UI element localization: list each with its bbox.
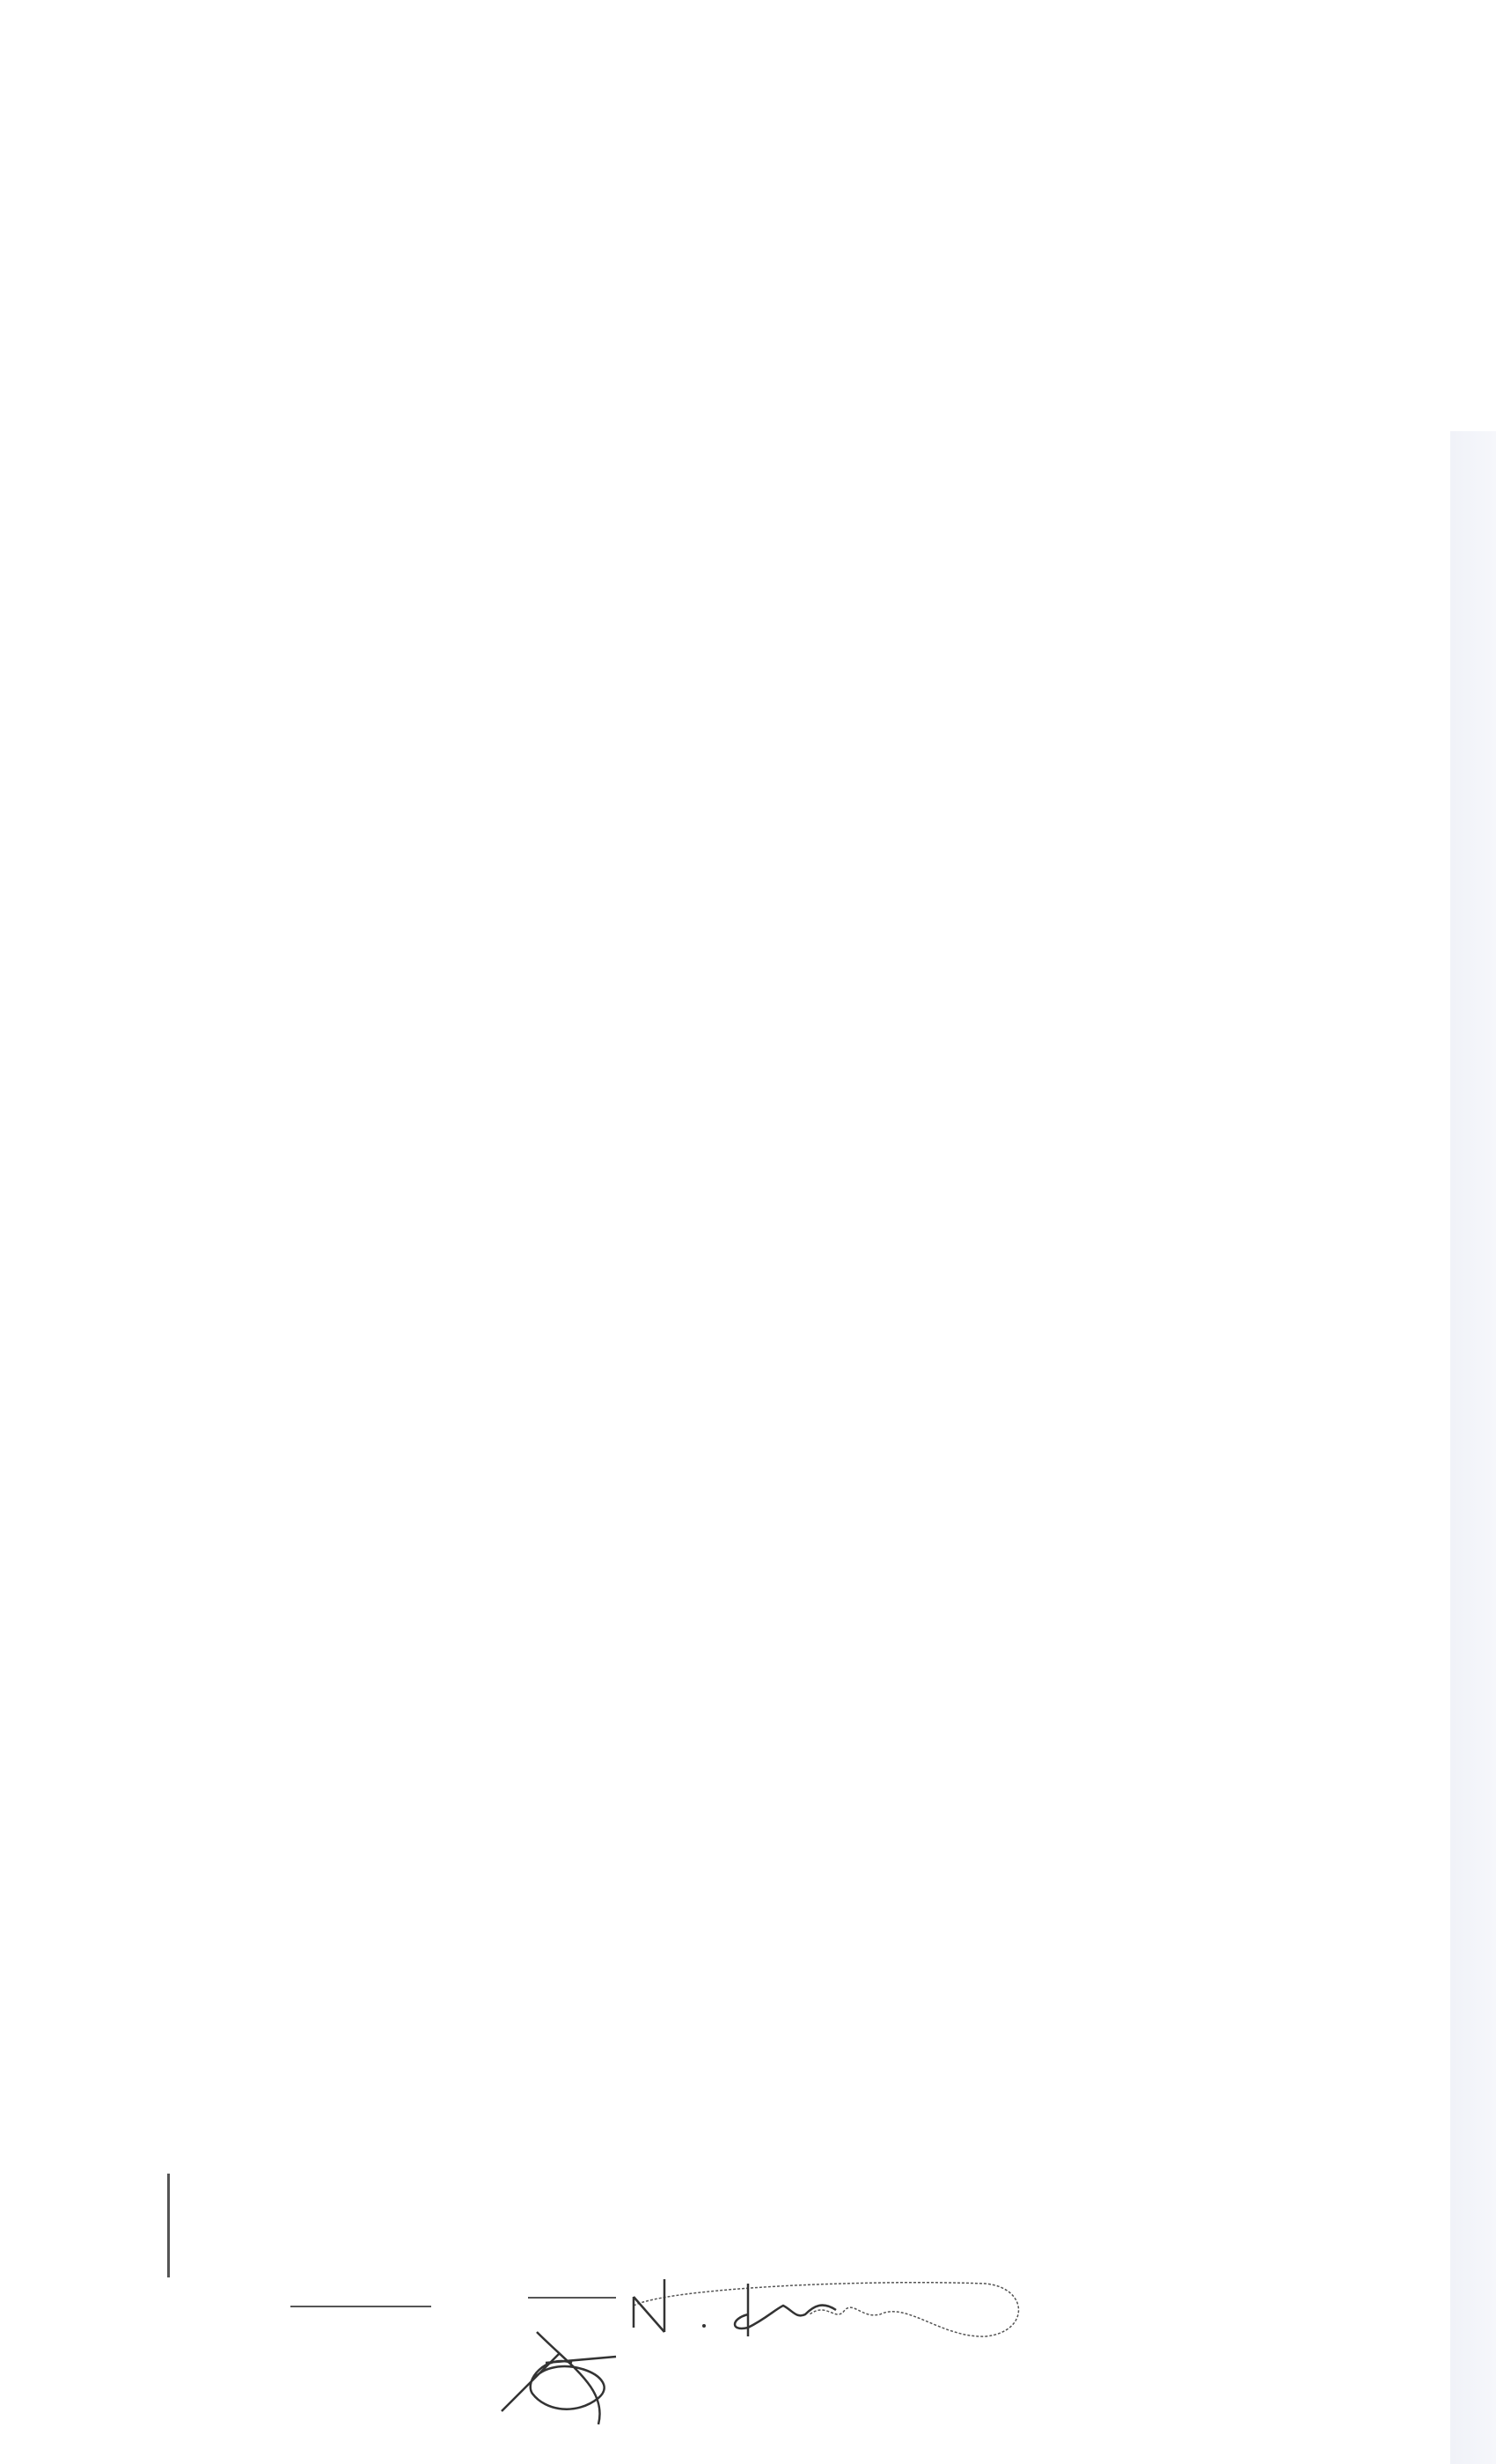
stamp-date-line — [290, 2306, 431, 2307]
stamp-divider — [167, 2174, 170, 2277]
bill-title-part-2 — [258, 649, 1279, 687]
stamp-time-line — [528, 2297, 616, 2299]
mp-signature-icon — [616, 2266, 1038, 2354]
bill-reference-line-1 — [258, 609, 1279, 648]
scan-edge-shadow — [1450, 431, 1496, 2464]
